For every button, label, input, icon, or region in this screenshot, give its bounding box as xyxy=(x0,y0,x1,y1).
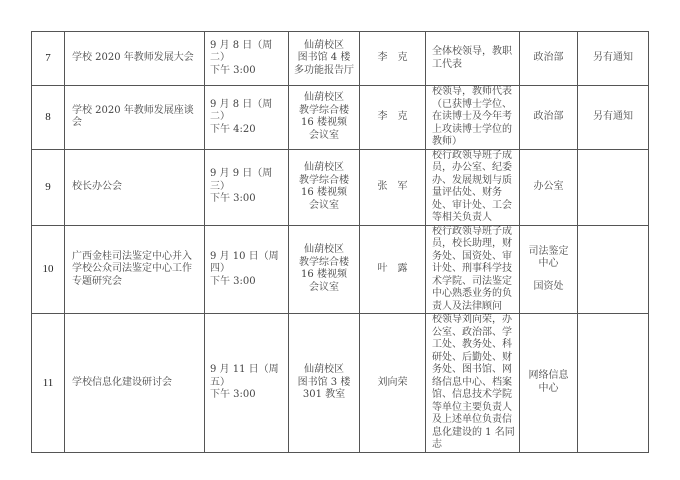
meeting-attendees: 全体校领导，教职工代表 xyxy=(426,32,520,86)
meeting-host: 李 克 xyxy=(360,32,426,86)
meeting-topic: 校长办公会 xyxy=(65,149,205,225)
dept-line: 政治部 xyxy=(523,52,574,65)
venue-line: 16 楼视频 xyxy=(292,117,356,130)
venue-line: 多功能报告厅 xyxy=(292,65,356,78)
row-number: 9 xyxy=(32,149,65,225)
dept-line: 中心 xyxy=(523,383,574,396)
meeting-schedule-table: 7 学校 2020 年教师发展大会 9 月 8 日（周二）下午 3:00 仙葫校… xyxy=(31,31,649,453)
time-line: 下午 3:00 xyxy=(210,276,285,289)
table-row: 10 广西金桂司法鉴定中心并入学校公众司法鉴定中心工作专题研究会 9 月 10 … xyxy=(32,225,649,314)
meeting-host: 李 克 xyxy=(360,86,426,150)
meeting-venue: 仙葫校区教学综合楼16 楼视频会议室 xyxy=(289,86,360,150)
dept-line: 网络信息 xyxy=(523,370,574,383)
venue-line: 仙葫校区 xyxy=(292,162,356,175)
meeting-venue: 仙葫校区图书馆 4 楼多功能报告厅 xyxy=(289,32,360,86)
venue-line: 会议室 xyxy=(292,200,356,213)
venue-line: 会议室 xyxy=(292,282,356,295)
dept-line: 司法鉴定 xyxy=(523,246,574,259)
organizing-department: 网络信息中心 xyxy=(520,314,578,453)
meeting-time: 9 月 8 日（周二）下午 4:20 xyxy=(205,86,289,150)
row-number: 11 xyxy=(32,314,65,453)
meeting-time: 9 月 9 日（周三）下午 3:00 xyxy=(205,149,289,225)
venue-line: 301 教室 xyxy=(292,389,356,402)
meeting-time: 9 月 10 日（周四）下午 3:00 xyxy=(205,225,289,314)
organizing-department: 办公室 xyxy=(520,149,578,225)
dept-line: 政治部 xyxy=(523,111,574,124)
meeting-venue: 仙葫校区教学综合楼16 楼视频会议室 xyxy=(289,149,360,225)
dept-line: 办公室 xyxy=(523,181,574,194)
time-line: 9 月 11 日（周五） xyxy=(210,364,285,389)
meeting-topic: 广西金桂司法鉴定中心并入学校公众司法鉴定中心工作专题研究会 xyxy=(65,225,205,314)
table-row: 7 学校 2020 年教师发展大会 9 月 8 日（周二）下午 3:00 仙葫校… xyxy=(32,32,649,86)
meeting-attendees: 校行政领导班子成员，校长助理，财务处、国资处、审计处、刑事科学技术学院、司法鉴定… xyxy=(426,225,520,314)
meeting-note xyxy=(578,225,649,314)
meeting-topic: 学校 2020 年教师发展座谈会 xyxy=(65,86,205,150)
meeting-note xyxy=(578,314,649,453)
venue-line: 仙葫校区 xyxy=(292,40,356,53)
time-line: 下午 3:00 xyxy=(210,65,285,78)
organizing-department: 政治部 xyxy=(520,86,578,150)
time-line: 下午 3:00 xyxy=(210,193,285,206)
venue-line: 教学综合楼 xyxy=(292,257,356,270)
meeting-attendees: 校领导，教师代表（已获博士学位、在读博士及今年考上攻读博士学位的教师） xyxy=(426,86,520,150)
organizing-department: 政治部 xyxy=(520,32,578,86)
venue-line: 仙葫校区 xyxy=(292,244,356,257)
venue-line: 教学综合楼 xyxy=(292,105,356,118)
meeting-topic: 学校信息化建设研讨会 xyxy=(65,314,205,453)
meeting-time: 9 月 8 日（周二）下午 3:00 xyxy=(205,32,289,86)
venue-line: 16 楼视频 xyxy=(292,269,356,282)
meeting-host: 叶 露 xyxy=(360,225,426,314)
time-line: 9 月 8 日（周二） xyxy=(210,40,285,65)
meeting-attendees: 校行政领导班子成员，办公室、纪委办、发展规划与质量评估处、财务处、审计处、工会等… xyxy=(426,149,520,225)
meeting-attendees: 校领导刘向荣，办公室、政治部、学工处、教务处、科研处、后勤处、财务处、图书馆、网… xyxy=(426,314,520,453)
row-number: 8 xyxy=(32,86,65,150)
table-row: 11 学校信息化建设研讨会 9 月 11 日（周五）下午 3:00 仙葫校区图书… xyxy=(32,314,649,453)
table-row: 9 校长办公会 9 月 9 日（周三）下午 3:00 仙葫校区教学综合楼16 楼… xyxy=(32,149,649,225)
time-line: 下午 3:00 xyxy=(210,389,285,402)
table-row: 8 学校 2020 年教师发展座谈会 9 月 8 日（周二）下午 4:20 仙葫… xyxy=(32,86,649,150)
meeting-note: 另有通知 xyxy=(578,32,649,86)
meeting-time: 9 月 11 日（周五）下午 3:00 xyxy=(205,314,289,453)
meeting-topic: 学校 2020 年教师发展大会 xyxy=(65,32,205,86)
dept-line: 中心 xyxy=(523,258,574,271)
time-line: 下午 4:20 xyxy=(210,124,285,137)
organizing-department: 司法鉴定中心国资处 xyxy=(520,225,578,314)
venue-line: 16 楼视频 xyxy=(292,187,356,200)
time-line: 9 月 8 日（周二） xyxy=(210,99,285,124)
venue-line: 图书馆 4 楼 xyxy=(292,52,356,65)
venue-line: 教学综合楼 xyxy=(292,175,356,188)
dept-line: 国资处 xyxy=(523,281,574,294)
meeting-host: 张 军 xyxy=(360,149,426,225)
meeting-note: 另有通知 xyxy=(578,86,649,150)
venue-line: 会议室 xyxy=(292,130,356,143)
meeting-host: 刘向荣 xyxy=(360,314,426,453)
meeting-note xyxy=(578,149,649,225)
time-line: 9 月 9 日（周三） xyxy=(210,168,285,193)
row-number: 7 xyxy=(32,32,65,86)
venue-line: 图书馆 3 楼 xyxy=(292,377,356,390)
dept-line xyxy=(523,271,574,281)
meeting-venue: 仙葫校区图书馆 3 楼301 教室 xyxy=(289,314,360,453)
time-line: 9 月 10 日（周四） xyxy=(210,251,285,276)
venue-line: 仙葫校区 xyxy=(292,364,356,377)
venue-line: 仙葫校区 xyxy=(292,92,356,105)
row-number: 10 xyxy=(32,225,65,314)
meeting-venue: 仙葫校区教学综合楼16 楼视频会议室 xyxy=(289,225,360,314)
